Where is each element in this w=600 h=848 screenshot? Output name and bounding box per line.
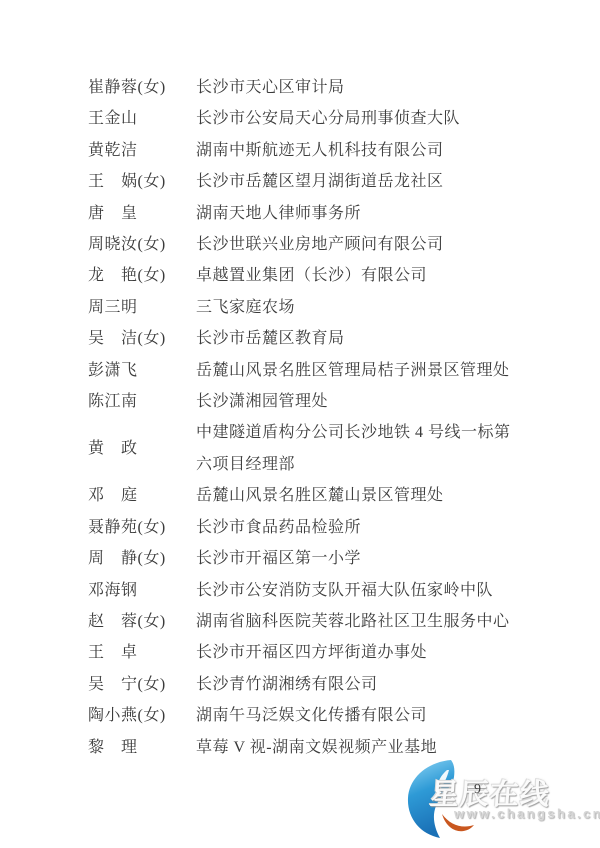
roster-row: 聂静苑(女) 长沙市食品药品检验所 bbox=[88, 512, 518, 543]
roster-row: 彭潇飞 岳麓山风景名胜区管理局桔子洲景区管理处 bbox=[88, 355, 518, 386]
person-org: 湖南午马泛娱文化传播有限公司 bbox=[196, 700, 516, 731]
page-number: 9 bbox=[474, 782, 481, 798]
person-org: 三飞家庭农场 bbox=[196, 292, 516, 323]
person-org: 卓越置业集团（长沙）有限公司 bbox=[196, 260, 516, 291]
roster-row: 邓 庭 岳麓山风景名胜区麓山景区管理处 bbox=[88, 480, 518, 511]
person-name: 王金山 bbox=[88, 103, 196, 134]
person-name: 周晓汝(女) bbox=[88, 229, 196, 260]
roster-row: 周晓汝(女) 长沙世联兴业房地产顾问有限公司 bbox=[88, 229, 518, 260]
roster-row: 邓海钢 长沙市公安消防支队开福大队伍家岭中队 bbox=[88, 575, 518, 606]
person-name: 吴 宁(女) bbox=[88, 669, 196, 700]
person-name: 王 娲(女) bbox=[88, 166, 196, 197]
person-name: 陈江南 bbox=[88, 386, 196, 417]
person-org: 湖南天地人律师事务所 bbox=[196, 198, 516, 229]
roster-row: 吴 洁(女) 长沙市岳麓区教育局 bbox=[88, 323, 518, 354]
person-name: 吴 洁(女) bbox=[88, 323, 196, 354]
person-name: 陶小燕(女) bbox=[88, 700, 196, 731]
person-name: 黄 政 bbox=[88, 433, 196, 464]
person-org: 长沙市开福区四方坪街道办事处 bbox=[196, 637, 516, 668]
roster-row: 崔静蓉(女) 长沙市天心区审计局 bbox=[88, 72, 518, 103]
person-name: 邓 庭 bbox=[88, 480, 196, 511]
document-page: 崔静蓉(女) 长沙市天心区审计局 王金山 长沙市公安局天心分局刑事侦查大队 黄乾… bbox=[0, 0, 600, 848]
person-name: 邓海钢 bbox=[88, 575, 196, 606]
roster-row: 陶小燕(女) 湖南午马泛娱文化传播有限公司 bbox=[88, 700, 518, 731]
roster-row: 王 娲(女) 长沙市岳麓区望月湖街道岳龙社区 bbox=[88, 166, 518, 197]
person-name: 周三明 bbox=[88, 292, 196, 323]
person-name: 唐 皇 bbox=[88, 198, 196, 229]
roster-row: 黄乾洁 湖南中斯航迹无人机科技有限公司 bbox=[88, 135, 518, 166]
roster-row: 赵 蓉(女) 湖南省脑科医院芙蓉北路社区卫生服务中心 bbox=[88, 606, 518, 637]
person-name: 王 卓 bbox=[88, 637, 196, 668]
person-name: 赵 蓉(女) bbox=[88, 606, 196, 637]
person-name: 聂静苑(女) bbox=[88, 512, 196, 543]
person-name: 黎 理 bbox=[88, 732, 196, 763]
person-name: 周 静(女) bbox=[88, 543, 196, 574]
person-org: 长沙市天心区审计局 bbox=[196, 72, 516, 103]
roster-row: 周 静(女) 长沙市开福区第一小学 bbox=[88, 543, 518, 574]
person-org: 湖南省脑科医院芙蓉北路社区卫生服务中心 bbox=[196, 606, 516, 637]
roster-row: 王金山 长沙市公安局天心分局刑事侦查大队 bbox=[88, 103, 518, 134]
person-name: 龙 艳(女) bbox=[88, 260, 196, 291]
person-org: 长沙潇湘园管理处 bbox=[196, 386, 516, 417]
roster-row: 陈江南 长沙潇湘园管理处 bbox=[88, 386, 518, 417]
person-org: 岳麓山风景名胜区麓山景区管理处 bbox=[196, 480, 516, 511]
person-org: 长沙市岳麓区教育局 bbox=[196, 323, 516, 354]
person-org: 湖南中斯航迹无人机科技有限公司 bbox=[196, 135, 516, 166]
roster-row: 黄 政 中建隧道盾构分公司长沙地铁 4 号线一标第六项目经理部 bbox=[88, 417, 518, 480]
roster-row: 吴 宁(女) 长沙青竹湖湘绣有限公司 bbox=[88, 669, 518, 700]
person-org: 中建隧道盾构分公司长沙地铁 4 号线一标第六项目经理部 bbox=[196, 417, 516, 480]
person-name: 黄乾洁 bbox=[88, 135, 196, 166]
watermark-site-url: www.changsha.cn bbox=[454, 806, 600, 821]
person-org: 长沙市公安局天心分局刑事侦查大队 bbox=[196, 103, 516, 134]
person-name: 崔静蓉(女) bbox=[88, 72, 196, 103]
person-org: 长沙青竹湖湘绣有限公司 bbox=[196, 669, 516, 700]
roster-row: 唐 皇 湖南天地人律师事务所 bbox=[88, 198, 518, 229]
roster-row: 周三明 三飞家庭农场 bbox=[88, 292, 518, 323]
roster-row: 王 卓 长沙市开福区四方坪街道办事处 bbox=[88, 637, 518, 668]
person-org: 长沙世联兴业房地产顾问有限公司 bbox=[196, 229, 516, 260]
watermark: 星辰在线 www.changsha.cn bbox=[394, 750, 590, 848]
person-org: 长沙市开福区第一小学 bbox=[196, 543, 516, 574]
person-org: 长沙市公安消防支队开福大队伍家岭中队 bbox=[196, 575, 516, 606]
person-name: 彭潇飞 bbox=[88, 355, 196, 386]
roster-row: 龙 艳(女) 卓越置业集团（长沙）有限公司 bbox=[88, 260, 518, 291]
person-org: 长沙市岳麓区望月湖街道岳龙社区 bbox=[196, 166, 516, 197]
roster: 崔静蓉(女) 长沙市天心区审计局 王金山 长沙市公安局天心分局刑事侦查大队 黄乾… bbox=[88, 72, 518, 763]
person-org: 长沙市食品药品检验所 bbox=[196, 512, 516, 543]
person-org: 岳麓山风景名胜区管理局桔子洲景区管理处 bbox=[196, 355, 516, 386]
